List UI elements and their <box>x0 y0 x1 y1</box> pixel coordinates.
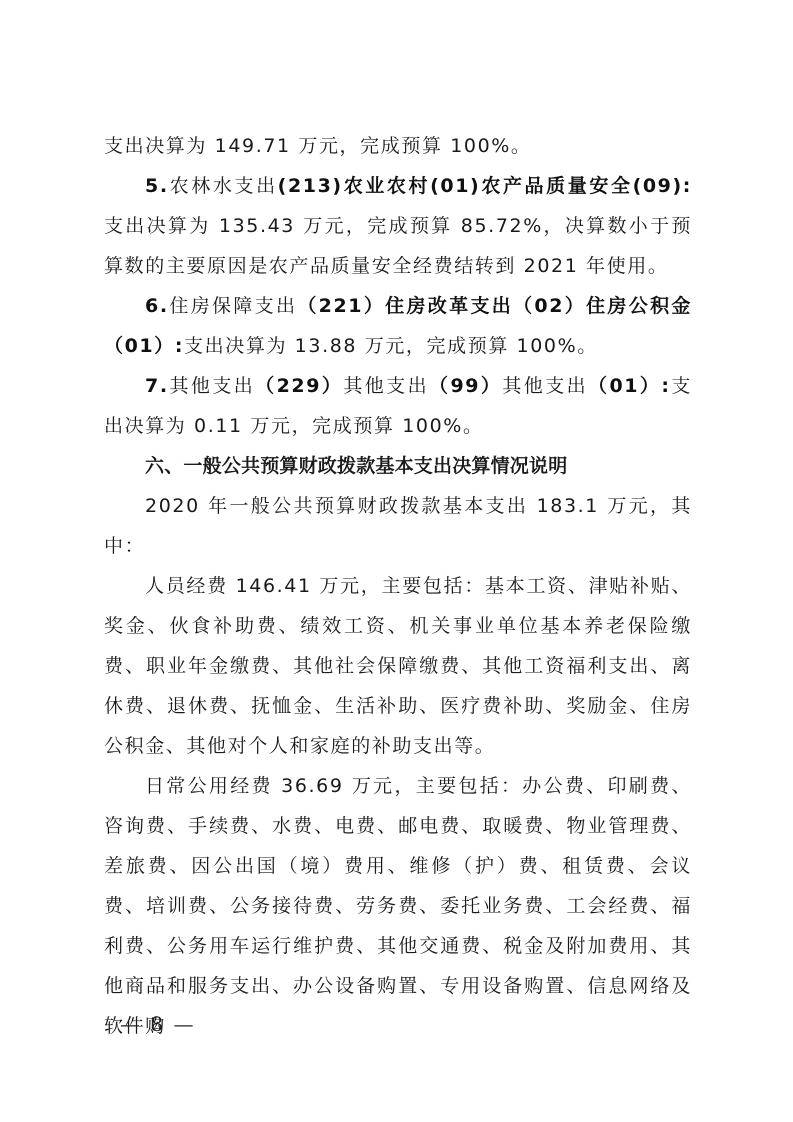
text-segment: 支出决算为 13.88 万元，完成预算 100%。 <box>184 335 598 357</box>
paragraph-public-expenses: 日常公用经费 36.69 万元，主要包括：办公费、印刷费、咨询费、手续费、水费、… <box>104 766 692 1046</box>
text-segment: 其他支出 <box>502 375 588 397</box>
text-segment: 住房保障支出 <box>169 295 298 317</box>
text-segment: 2020 年一般公共预算财政拨款基本支出 183.1 万元，其中： <box>104 495 692 557</box>
text-segment: 支出决算为 135.43 万元，完成预算 85.72%，决算数小于预算数的主要原… <box>104 215 692 277</box>
item-number: 5. <box>145 175 169 197</box>
text-segment: 其他支出 <box>169 375 256 397</box>
text-segment: 农林水支出 <box>169 175 278 197</box>
classification-code: (213)农业农村(01)农产品质量安全(09): <box>278 175 692 197</box>
page-number: — 8 — <box>120 1012 195 1036</box>
text-segment: 人员经费 146.41 万元，主要包括：基本工资、津贴补贴、奖金、伙食补助费、绩… <box>104 575 692 757</box>
heading-text: 六、一般公共预算财政拨款基本支出决算情况说明 <box>145 455 567 477</box>
classification-code: （99） <box>429 375 502 397</box>
section-heading: 六、一般公共预算财政拨款基本支出决算情况说明 <box>104 446 692 486</box>
paragraph-continuation: 支出决算为 149.71 万元，完成预算 100%。 <box>104 126 692 166</box>
paragraph-item-7: 7.其他支出（229）其他支出（99）其他支出（01）:支出决算为 0.11 万… <box>104 366 692 446</box>
text-segment: 日常公用经费 36.69 万元，主要包括：办公费、印刷费、咨询费、手续费、水费、… <box>104 775 692 1037</box>
text-segment: 其他支出 <box>343 375 429 397</box>
classification-code: （229） <box>255 375 343 397</box>
paragraph-item-6: 6.住房保障支出（221）住房改革支出（02）住房公积金（01）:支出决算为 1… <box>104 286 692 366</box>
paragraph-personnel-expenses: 人员经费 146.41 万元，主要包括：基本工资、津贴补贴、奖金、伙食补助费、绩… <box>104 566 692 766</box>
text-segment: 支出决算为 149.71 万元，完成预算 100%。 <box>104 135 532 157</box>
document-page: 支出决算为 149.71 万元，完成预算 100%。 5.农林水支出(213)农… <box>104 126 692 1046</box>
paragraph-item-5: 5.农林水支出(213)农业农村(01)农产品质量安全(09):支出决算为 13… <box>104 166 692 286</box>
classification-code: （01）: <box>588 375 671 397</box>
item-number: 7. <box>145 375 169 397</box>
item-number: 6. <box>145 295 169 317</box>
paragraph-basic-expenditure-total: 2020 年一般公共预算财政拨款基本支出 183.1 万元，其中： <box>104 486 692 566</box>
